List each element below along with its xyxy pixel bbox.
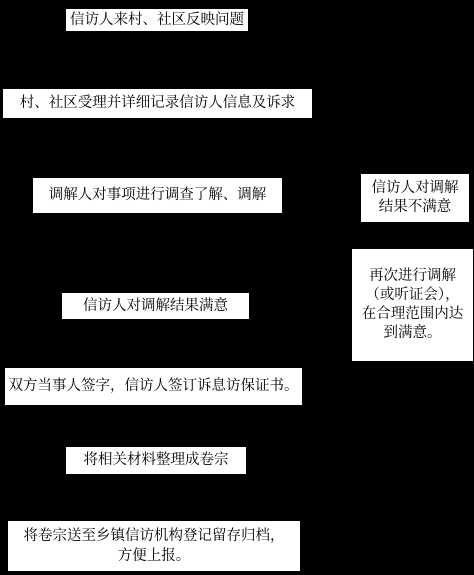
flow-node-satisfied-result: 信访人对调解结果满意 [61,292,250,320]
flow-node-unsatisfied-result: 信访人对调解 结果不满意 [360,173,470,223]
flow-node-compile-files: 将相关材料整理成卷宗 [65,446,247,475]
flow-node-visitor-report: 信访人来村、社区反映问题 [65,8,249,32]
flow-node-mediator-investigate: 调解人对事项进行调查了解、调解 [32,177,283,214]
flowchart-canvas: 信访人来村、社区反映问题 村、社区受理并详细记录信访人信息及诉求 调解人对事项进… [0,0,474,575]
flow-node-re-mediate: 再次进行调解 （或听证会）， 在合理范围内达 到满意。 [351,248,474,362]
flow-node-village-accept-record: 村、社区受理并详细记录信访人信息及诉求 [2,88,313,119]
flow-node-sign-guarantee: 双方当事人签字，信访人签订诉息访保证书。 [4,367,303,406]
flow-node-archive-report: 将卷宗送至乡镇信访机构登记留存归档， 方便上报。 [7,520,301,572]
